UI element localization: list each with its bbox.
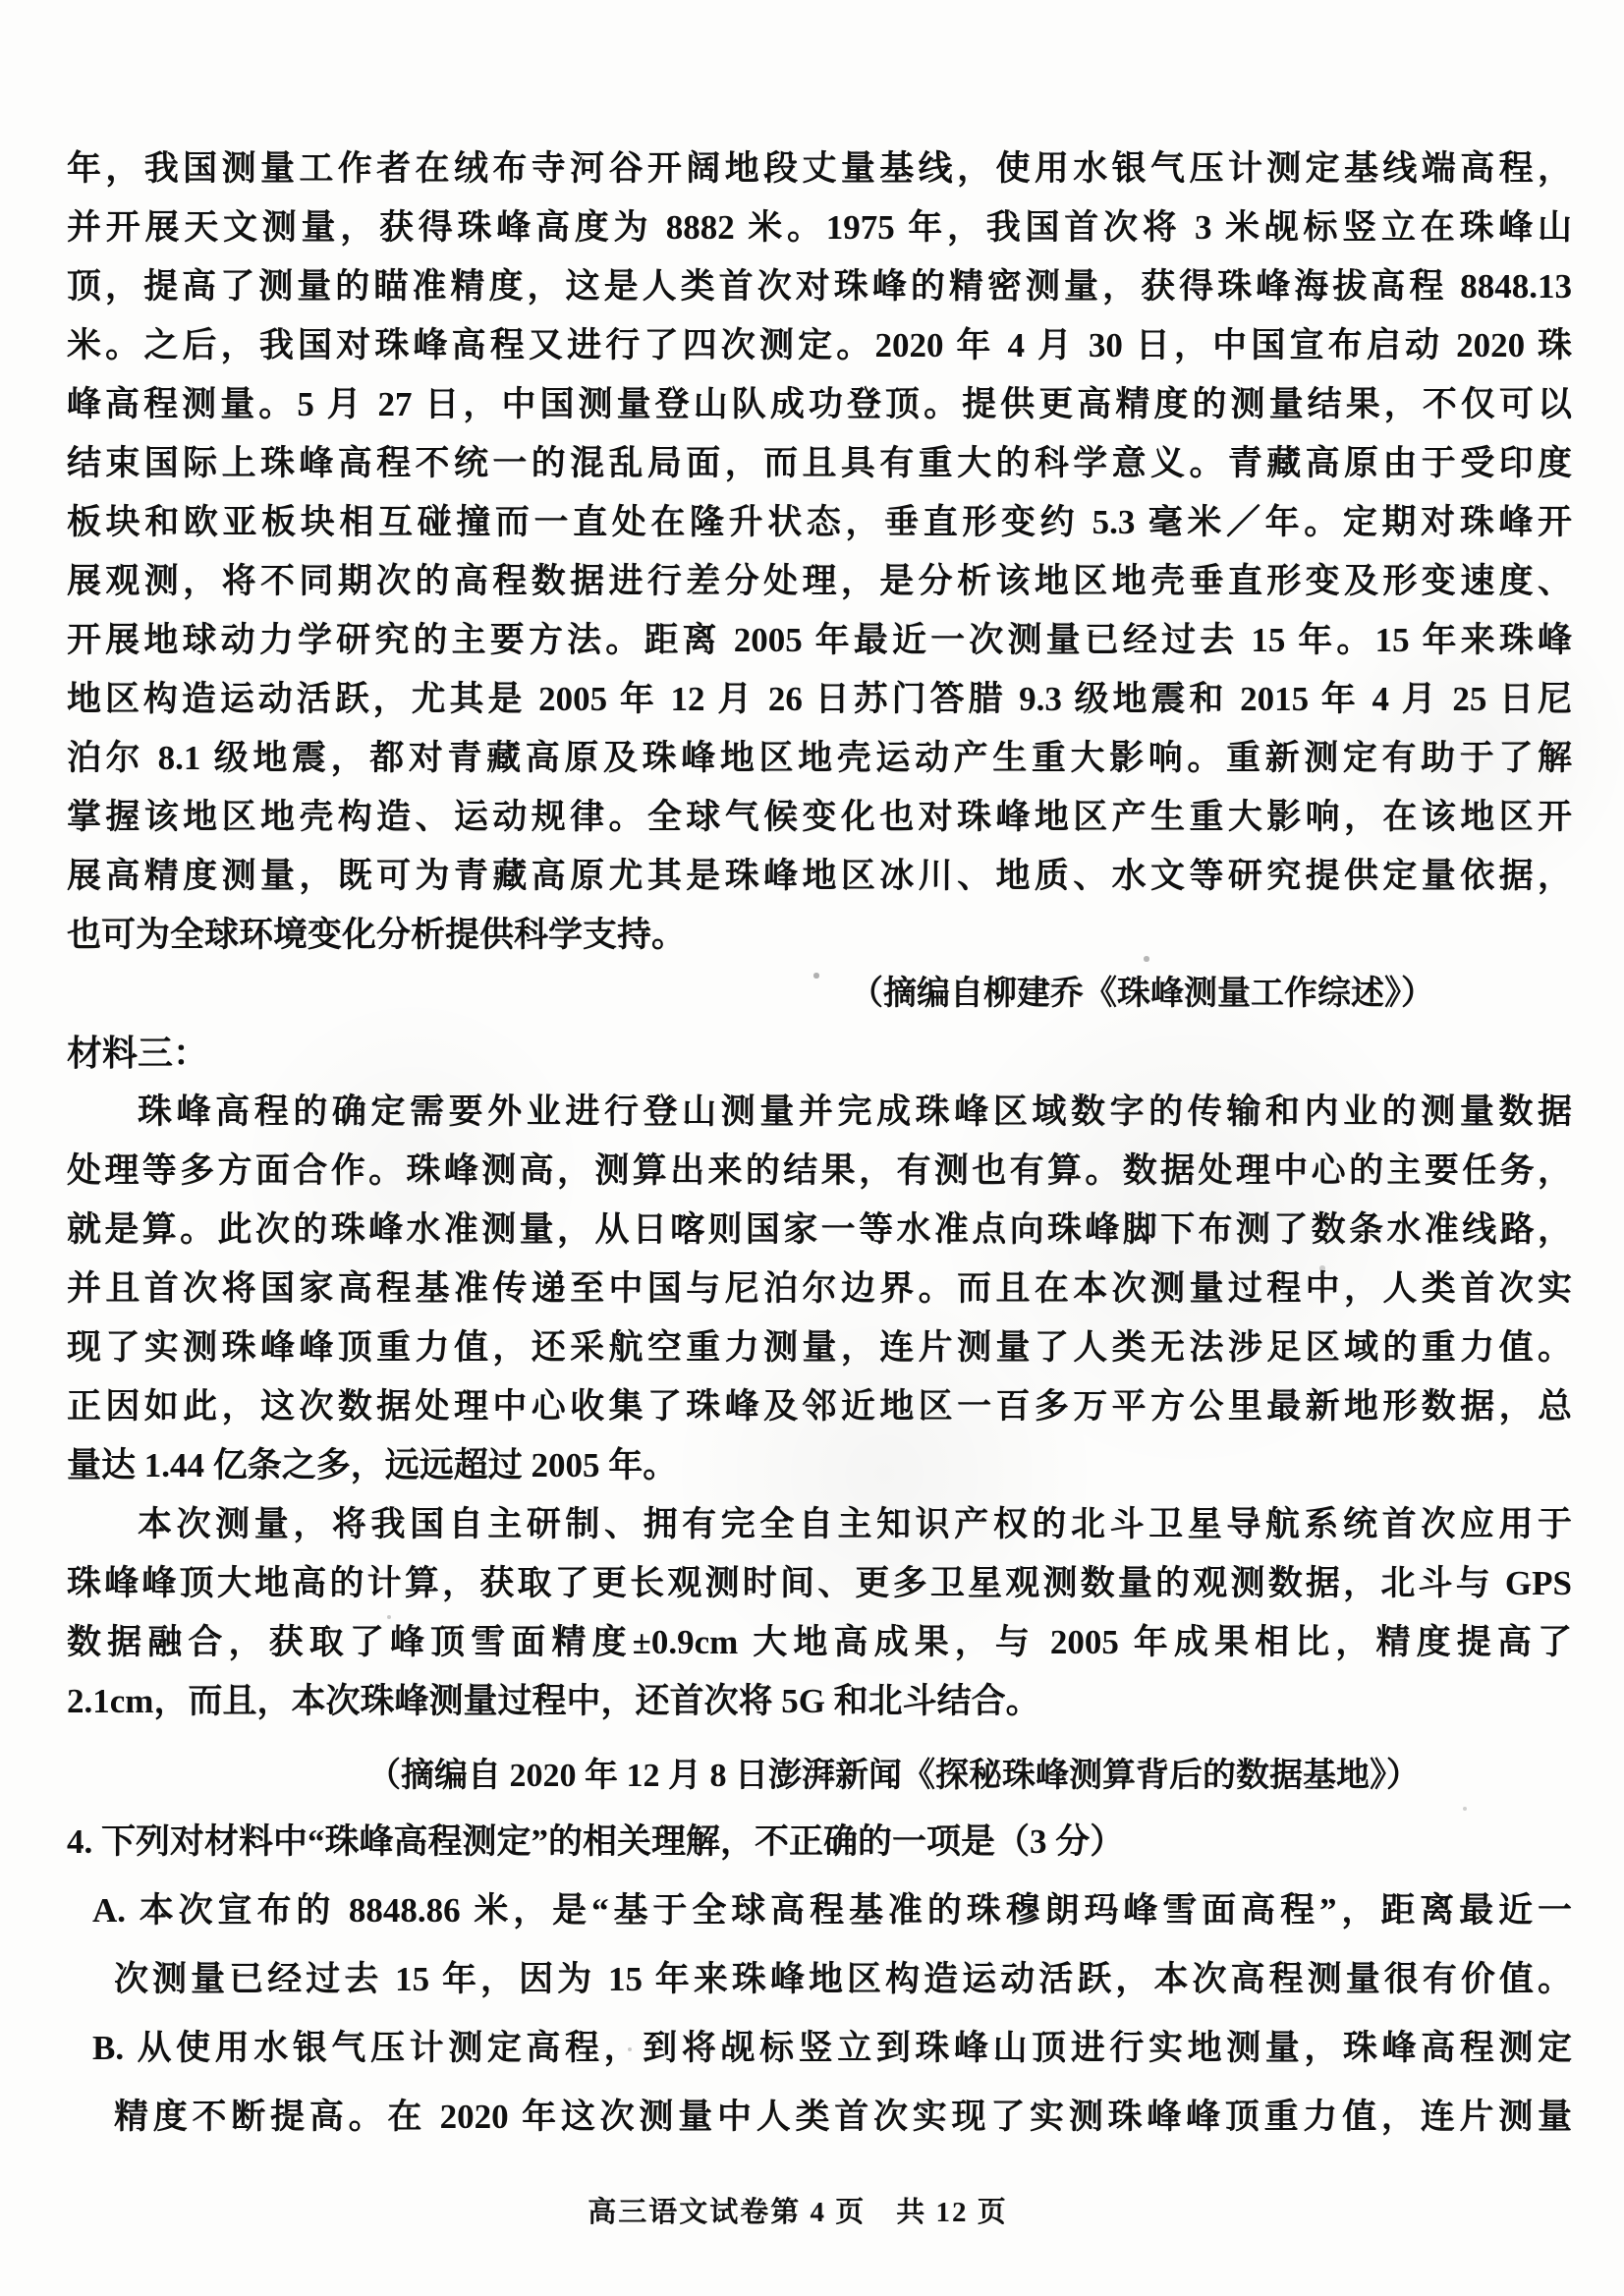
paragraph-line: 就是算。此次的珠峰水准测量，从日喀则国家一等水准点向珠峰脚下布测了数条水准线路， <box>67 1201 1572 1260</box>
paragraph-line: 展观测，将不同期次的高程数据进行差分处理，是分析该地区地壳垂直形变及形变速度、 <box>67 552 1572 611</box>
material-three-heading: 材料三： <box>67 1024 1572 1083</box>
paragraph-line: 地区构造运动活跃，尤其是 2005 年 12 月 26 日苏门答腊 9.3 级地… <box>67 670 1572 729</box>
paragraph-line: 顶，提高了测量的瞄准精度，这是人类首次对珠峰的精密测量，获得珠峰海拔高程 884… <box>67 257 1572 316</box>
paragraph-line: 数据融合，获取了峰顶雪面精度±0.9cm 大地高成果，与 2005 年成果相比，… <box>67 1613 1572 1672</box>
paragraph-line: 并开展天文测量，获得珠峰高度为 8882 米。1975 年，我国首次将 3 米觇… <box>67 198 1572 257</box>
paragraph-line: 掌握该地区地壳构造、运动规律。全球气候变化也对珠峰地区产生重大影响，在该地区开 <box>67 788 1572 847</box>
option-a: A. 本次宣布的 8848.86 米，是“基于全球高程基准的珠穆朗玛峰雪面高程”… <box>67 1876 1572 2014</box>
paragraph-line: 也可为全球环境变化分析提供科学支持。 <box>67 906 1572 965</box>
paragraph-line: 结束国际上珠峰高程不统一的混乱局面，而且具有重大的科学意义。青藏高原由于受印度 <box>67 434 1572 493</box>
paragraph-line: 珠峰高程的确定需要外业进行登山测量并完成珠峰区域数字的传输和内业的测量数据 <box>67 1083 1572 1142</box>
document-body: 年，我国测量工作者在绒布寺河谷开阔地段丈量基线，使用水银气压计测定基线端高程， … <box>67 140 1572 2234</box>
paragraph-line: 年，我国测量工作者在绒布寺河谷开阔地段丈量基线，使用水银气压计测定基线端高程， <box>67 140 1572 198</box>
page-footer: 高三语文试卷第 4 页 共 12 页 <box>45 2191 1550 2234</box>
material-three-paragraph-1: 珠峰高程的确定需要外业进行登山测量并完成珠峰区域数字的传输和内业的测量数据 处理… <box>67 1083 1572 1495</box>
paragraph-line: 珠峰峰顶大地高的计算，获取了更长观测时间、更多卫星观测数量的观测数据，北斗与 G… <box>67 1554 1572 1613</box>
paragraph-line: 并且首次将国家高程基准传递至中国与尼泊尔边界。而且在本次测量过程中，人类首次实 <box>67 1260 1572 1318</box>
paragraph-line: 量达 1.44 亿条之多，远远超过 2005 年。 <box>67 1436 1572 1495</box>
option-b: B. 从使用水银气压计测定高程，到将觇标竖立到珠峰山顶进行实地测量，珠峰高程测定… <box>67 2014 1572 2152</box>
question-stem: 4. 下列对材料中“珠峰高程测定”的相关理解，不正确的一项是（3 分） <box>67 1808 1572 1876</box>
paragraph-line: 2.1cm，而且，本次珠峰测量过程中，还首次将 5G 和北斗结合。 <box>67 1672 1572 1731</box>
paragraph-line: 处理等多方面合作。珠峰测高，测算出来的结果，有测也有算。数据处理中心的主要任务， <box>67 1142 1572 1201</box>
material-three-paragraph-2: 本次测量，将我国自主研制、拥有完全自主知识产权的北斗卫星导航系统首次应用于 珠峰… <box>67 1495 1572 1731</box>
option-line: A. 本次宣布的 8848.86 米，是“基于全球高程基准的珠穆朗玛峰雪面高程”… <box>67 1876 1572 1945</box>
paragraph-line: 展高精度测量，既可为青藏高原尤其是珠峰地区冰川、地质、水文等研究提供定量依据， <box>67 847 1572 906</box>
scanned-exam-page: 年，我国测量工作者在绒布寺河谷开阔地段丈量基线，使用水银气压计测定基线端高程， … <box>0 0 1624 2296</box>
material-two-continuation: 年，我国测量工作者在绒布寺河谷开阔地段丈量基线，使用水银气压计测定基线端高程， … <box>67 140 1572 965</box>
paragraph-line: 板块和欧亚板块相互碰撞而一直处在隆升状态，垂直形变约 5.3 毫米／年。定期对珠… <box>67 493 1572 552</box>
option-line: 精度不断提高。在 2020 年这次测量中人类首次实现了实测珠峰峰顶重力值，连片测… <box>67 2083 1572 2152</box>
paragraph-line: 泊尔 8.1 级地震，都对青藏高原及珠峰地区地壳运动产生重大影响。重新测定有助于… <box>67 729 1572 788</box>
material-three-source-attribution: （摘编自 2020 年 12 月 8 日澎湃新闻《探秘珠峰测算背后的数据基地》） <box>67 1745 1572 1808</box>
paragraph-line: 峰高程测量。5 月 27 日，中国测量登山队成功登顶。提供更高精度的测量结果，不… <box>67 375 1572 434</box>
question-4: 4. 下列对材料中“珠峰高程测定”的相关理解，不正确的一项是（3 分） A. 本… <box>67 1808 1572 2152</box>
option-line: B. 从使用水银气压计测定高程，到将觇标竖立到珠峰山顶进行实地测量，珠峰高程测定 <box>67 2014 1572 2083</box>
option-line: 次测量已经过去 15 年，因为 15 年来珠峰地区构造运动活跃，本次高程测量很有… <box>67 1945 1572 2014</box>
paragraph-line: 开展地球动力学研究的主要方法。距离 2005 年最近一次测量已经过去 15 年。… <box>67 611 1572 670</box>
material-two-source-attribution: （摘编自柳建乔《珠峰测量工作综述》） <box>67 965 1572 1024</box>
paragraph-line: 现了实测珠峰峰顶重力值，还采航空重力测量，连片测量了人类无法涉足区域的重力值。 <box>67 1318 1572 1377</box>
paragraph-line: 本次测量，将我国自主研制、拥有完全自主知识产权的北斗卫星导航系统首次应用于 <box>67 1495 1572 1554</box>
paragraph-line: 米。之后，我国对珠峰高程又进行了四次测定。2020 年 4 月 30 日，中国宣… <box>67 316 1572 375</box>
paragraph-line: 正因如此，这次数据处理中心收集了珠峰及邻近地区一百多万平方公里最新地形数据，总 <box>67 1377 1572 1436</box>
scan-noise <box>0 0 2 2</box>
